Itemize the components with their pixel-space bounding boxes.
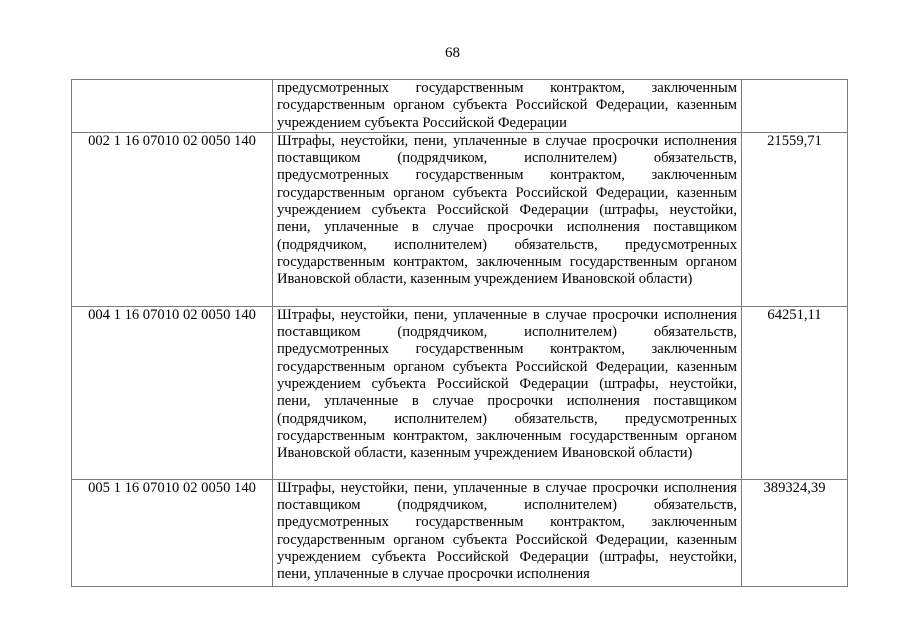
table-row: предусмотренных государственным контракт… bbox=[72, 80, 848, 133]
description-cell: Штрафы, неустойки, пени, уплаченные в сл… bbox=[273, 132, 742, 306]
table-row: 005 1 16 07010 02 0050 140 Штрафы, неуст… bbox=[72, 479, 848, 586]
description-cell: Штрафы, неустойки, пени, уплаченные в сл… bbox=[273, 479, 742, 586]
revenue-table: предусмотренных государственным контракт… bbox=[71, 79, 848, 587]
description-cell: Штрафы, неустойки, пени, уплаченные в сл… bbox=[273, 306, 742, 479]
page-number: 68 bbox=[0, 44, 905, 62]
budget-code-cell: 002 1 16 07010 02 0050 140 bbox=[72, 132, 273, 306]
budget-code-cell: 004 1 16 07010 02 0050 140 bbox=[72, 306, 273, 479]
budget-code-cell: 005 1 16 07010 02 0050 140 bbox=[72, 479, 273, 586]
description-cell: предусмотренных государственным контракт… bbox=[273, 80, 742, 133]
amount-cell: 21559,71 bbox=[742, 132, 848, 306]
budget-code-cell bbox=[72, 80, 273, 133]
table-row: 002 1 16 07010 02 0050 140 Штрафы, неуст… bbox=[72, 132, 848, 306]
table-row: 004 1 16 07010 02 0050 140 Штрафы, неуст… bbox=[72, 306, 848, 479]
amount-cell: 64251,11 bbox=[742, 306, 848, 479]
amount-cell bbox=[742, 80, 848, 133]
amount-cell: 389324,39 bbox=[742, 479, 848, 586]
